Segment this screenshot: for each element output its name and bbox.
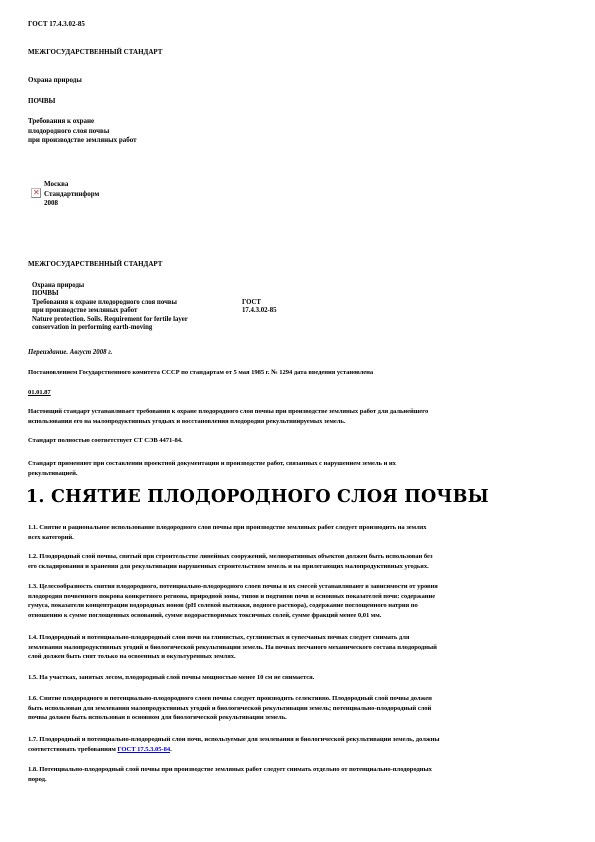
cover-title: Требования к охране плодородного слоя по… — [28, 117, 137, 146]
cover-title-line: плодородного слоя почвы — [28, 127, 137, 137]
publisher-info: Москва Стандартинформ 2008 — [44, 180, 99, 209]
doc-code: ГОСТ 17.4.3.02-85 — [28, 20, 85, 29]
publisher-year: 2008 — [44, 199, 99, 209]
header-title-ru: Требования к охране плодородного слоя по… — [32, 299, 242, 307]
compliance-paragraph: Стандарт полностью соответствует СТ СЭВ … — [28, 436, 563, 446]
clause-1-2: 1.2. Плодородный слой почвы, снятый при … — [28, 552, 563, 571]
application-paragraph: Стандарт применяют при составлении проек… — [28, 459, 563, 478]
decree-paragraph: Постановлением Государственного комитета… — [28, 368, 563, 378]
publisher-city: Москва — [44, 180, 99, 190]
section-heading: 1. СНЯТИЕ ПЛОДОРОДНОГО СЛОЯ ПОЧВЫ — [26, 486, 489, 508]
clause-1-8: 1.8. Потенциально-плодородный слой почвы… — [28, 765, 563, 784]
header-right-cell: ГОСТ 17.4.3.02-85 — [242, 299, 277, 316]
header-title-en: conservation in performing earth-moving — [32, 324, 242, 332]
clause-1-3: 1.3. Целесообразность снятия плодородног… — [28, 582, 563, 620]
gost-label: ГОСТ — [242, 299, 277, 307]
header-title-en: Nature protection. Soils. Requirement fo… — [32, 316, 242, 324]
standard-type: МЕЖГОСУДАРСТВЕННЫЙ СТАНДАРТ — [28, 48, 162, 57]
clause-1-7: 1.7. Плодородный и потенциально-плодород… — [28, 735, 563, 754]
header-left-cell: Охрана природы ПОЧВЫ Требования к охране… — [32, 282, 242, 332]
header-group: Охрана природы — [32, 282, 242, 290]
group-label: Охрана природы — [28, 76, 82, 85]
clause-1-5: 1.5. На участках, занятых лесом, плодоро… — [28, 673, 563, 683]
clause-1-1: 1.1. Снятие и рациональное использование… — [28, 523, 563, 542]
broken-image-icon: ✕ — [31, 188, 41, 198]
gost-number: 17.4.3.02-85 — [242, 307, 277, 315]
subgroup-label: ПОЧВЫ — [28, 97, 55, 106]
reissue-note: Переиздание. Август 2008 г. — [28, 348, 112, 357]
clause-1-6: 1.6. Снятие плодородного и потенциально-… — [28, 694, 563, 723]
header-title-ru: при производстве земляных работ — [32, 307, 242, 315]
cover-title-line: при производстве земляных работ — [28, 136, 137, 146]
clause-1-4: 1.4. Плодородный и потенциально-плодород… — [28, 633, 563, 662]
gost-17-5-3-05-84-link[interactable]: ГОСТ 17.5.3.05-84 — [117, 746, 170, 753]
publisher-name: Стандартинформ — [44, 190, 99, 200]
standard-type-header: МЕЖГОСУДАРСТВЕННЫЙ СТАНДАРТ — [28, 260, 162, 269]
effective-date: 01.01.87 — [28, 388, 563, 398]
header-subgroup: ПОЧВЫ — [32, 290, 242, 298]
cover-title-line: Требования к охране — [28, 117, 137, 127]
scope-paragraph: Настоящий стандарт устанавливает требова… — [28, 407, 563, 426]
